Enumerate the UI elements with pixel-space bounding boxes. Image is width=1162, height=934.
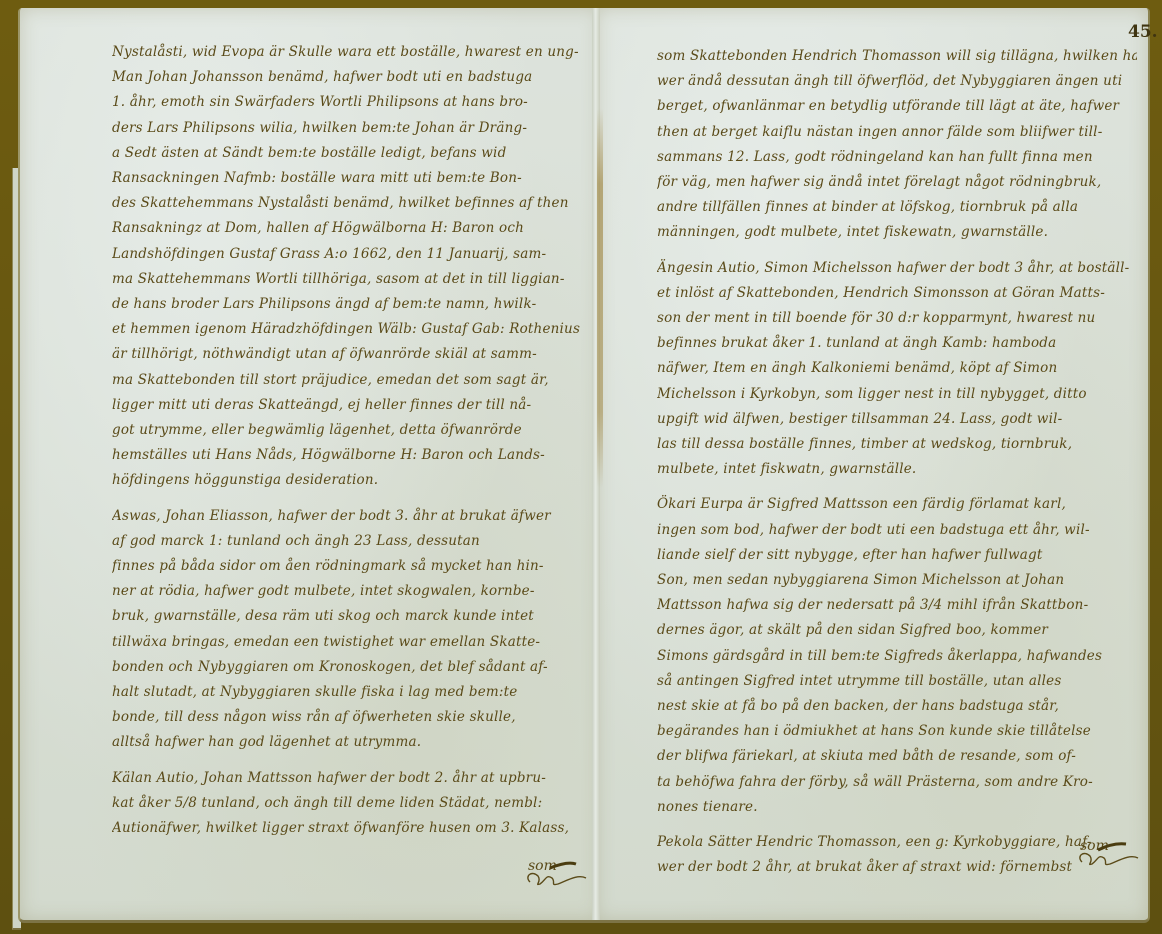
right-page-text: som Skattebonden Hendrich Thomasson will… <box>657 44 1137 881</box>
text-line: Ransakningz at Dom, hallen af Högwälborn… <box>112 216 582 241</box>
text-line: Mattsson hafwa sig der nedersatt på 3/4 … <box>657 593 1137 618</box>
text-line: wer ändå dessutan ängh till öfwerflöd, d… <box>657 69 1137 94</box>
paragraph: Nystalåsti, wid Evopa är Skulle wara ett… <box>112 40 582 494</box>
text-line: Nystalåsti, wid Evopa är Skulle wara ett… <box>112 40 582 65</box>
text-line: a Sedt ästen at Sändt bem:te boställe le… <box>112 141 582 166</box>
paragraph: Aswas, Johan Eliasson, hafwer der bodt 3… <box>112 504 582 756</box>
paragraph: Ökari Eurpa är Sigfred Mattsson een färd… <box>657 492 1137 820</box>
page-number: 45. <box>1128 22 1158 42</box>
text-line: ner at rödia, hafwer godt mulbete, intet… <box>112 579 582 604</box>
text-line: männingen, godt mulbete, intet fiskewatn… <box>657 220 1137 245</box>
text-line: Ransackningen Nafmb: boställe wara mitt … <box>112 166 582 191</box>
text-line: som Skattebonden Hendrich Thomasson will… <box>657 44 1137 69</box>
text-line: Autionäfwer, hwilket ligger straxt öfwan… <box>112 816 582 841</box>
text-line: af god marck 1: tunland och ängh 23 Lass… <box>112 529 582 554</box>
text-line: finnes på båda sidor om åen rödningmark … <box>112 554 582 579</box>
text-line: wer der bodt 2 åhr, at brukat åker af st… <box>657 855 1137 880</box>
text-line: Man Johan Johansson benämd, hafwer bodt … <box>112 65 582 90</box>
text-line: des Skattehemmans Nystalåsti benämd, hwi… <box>112 191 582 216</box>
text-line: et inlöst af Skattebonden, Hendrich Simo… <box>657 281 1137 306</box>
text-line: så antingen Sigfred intet utrymme till b… <box>657 669 1137 694</box>
text-line: sammans 12. Lass, godt rödningeland kan … <box>657 145 1137 170</box>
text-line: dernes ägor, at skält på den sidan Sigfr… <box>657 618 1137 643</box>
text-line: Son, men sedan nybyggiarena Simon Michel… <box>657 568 1137 593</box>
manuscript-photo: 45. Nystalåsti, wid Evopa är Skulle wara… <box>0 0 1162 934</box>
text-line: Pekola Sätter Hendric Thomasson, een g: … <box>657 830 1137 855</box>
text-line: Ängesin Autio, Simon Michelsson hafwer d… <box>657 256 1137 281</box>
text-line: got utrymme, eller begwämlig lägenhet, d… <box>112 418 582 443</box>
flourish-signature-icon <box>1072 840 1142 870</box>
text-line: mulbete, intet fiskwatn, gwarnställe. <box>657 457 1137 482</box>
text-line: Ökari Eurpa är Sigfred Mattsson een färd… <box>657 492 1137 517</box>
text-line: ders Lars Philipsons wilia, hwilken bem:… <box>112 116 582 141</box>
text-line: Simons gärdsgård in till bem:te Sigfreds… <box>657 644 1137 669</box>
text-line: alltså hafwer han god lägenhet at utrymm… <box>112 730 582 755</box>
text-line: ligger mitt uti deras Skatteängd, ej hel… <box>112 393 582 418</box>
text-line: ingen som bod, hafwer der bodt uti een b… <box>657 518 1137 543</box>
text-line: andre tillfällen finnes at binder at löf… <box>657 195 1137 220</box>
text-line: liande sielf der sitt nybygge, efter han… <box>657 543 1137 568</box>
text-line: ma Skattehemmans Wortli tillhöriga, saso… <box>112 267 582 292</box>
text-line: Michelsson i Kyrkobyn, som ligger nest i… <box>657 382 1137 407</box>
text-line: bruk, gwarnställe, desa räm uti skog och… <box>112 604 582 629</box>
text-line: hemställes uti Hans Nåds, Högwälborne H:… <box>112 443 582 468</box>
flourish-signature-icon <box>520 860 590 890</box>
text-line: nones tienare. <box>657 795 1137 820</box>
text-line: bonden och Nybyggiaren om Kronoskogen, d… <box>112 655 582 680</box>
text-line: ta behöfwa fahra der förby, så wäll Präs… <box>657 770 1137 795</box>
text-line: bonde, till dess någon wiss rån af öfwer… <box>112 705 582 730</box>
text-line: de hans broder Lars Philipsons ängd af b… <box>112 292 582 317</box>
text-line: näfwer, Item en ängh Kalkoniemi benämd, … <box>657 356 1137 381</box>
text-line: nest skie at få bo på den backen, der ha… <box>657 694 1137 719</box>
paragraph: Ängesin Autio, Simon Michelsson hafwer d… <box>657 256 1137 483</box>
text-line: las till dessa boställe finnes, timber a… <box>657 432 1137 457</box>
text-line: upgift wid älfwen, bestiger tillsamman 2… <box>657 407 1137 432</box>
text-line: son der ment in till boende för 30 d:r k… <box>657 306 1137 331</box>
text-line: der blifwa färiekarl, at skiuta med båth… <box>657 744 1137 769</box>
text-line: Kälan Autio, Johan Mattsson hafwer der b… <box>112 766 582 791</box>
text-line: kat åker 5/8 tunland, och ängh till deme… <box>112 791 582 816</box>
text-line: berget, ofwanlänmar en betydlig utförand… <box>657 94 1137 119</box>
text-line: befinnes brukat åker 1. tunland at ängh … <box>657 331 1137 356</box>
left-page-text: Nystalåsti, wid Evopa är Skulle wara ett… <box>112 40 582 841</box>
text-line: tillwäxa bringas, emedan een twistighet … <box>112 630 582 655</box>
text-line: halt slutadt, at Nybyggiaren skulle fisk… <box>112 680 582 705</box>
text-line: ma Skattebonden till stort präjudice, em… <box>112 368 582 393</box>
text-line: then at berget kaiflu nästan ingen annor… <box>657 120 1137 145</box>
paragraph: Kälan Autio, Johan Mattsson hafwer der b… <box>112 766 582 842</box>
text-line: är tillhörigt, nöthwändigt utan af öfwan… <box>112 342 582 367</box>
text-line: et hemmen igenom Häradzhöfdingen Wälb: G… <box>112 317 582 342</box>
text-line: 1. åhr, emoth sin Swärfaders Wortli Phil… <box>112 90 582 115</box>
text-line: Landshöfdingen Gustaf Grass A:o 1662, de… <box>112 242 582 267</box>
paragraph: Pekola Sätter Hendric Thomasson, een g: … <box>657 830 1137 880</box>
gutter-stain <box>597 108 603 488</box>
text-line: höfdingens höggunstiga desideration. <box>112 468 582 493</box>
paragraph: som Skattebonden Hendrich Thomasson will… <box>657 44 1137 246</box>
text-line: för väg, men hafwer sig ändå intet förel… <box>657 170 1137 195</box>
text-line: begärandes han i ödmiukhet at hans Son k… <box>657 719 1137 744</box>
text-line: Aswas, Johan Eliasson, hafwer der bodt 3… <box>112 504 582 529</box>
